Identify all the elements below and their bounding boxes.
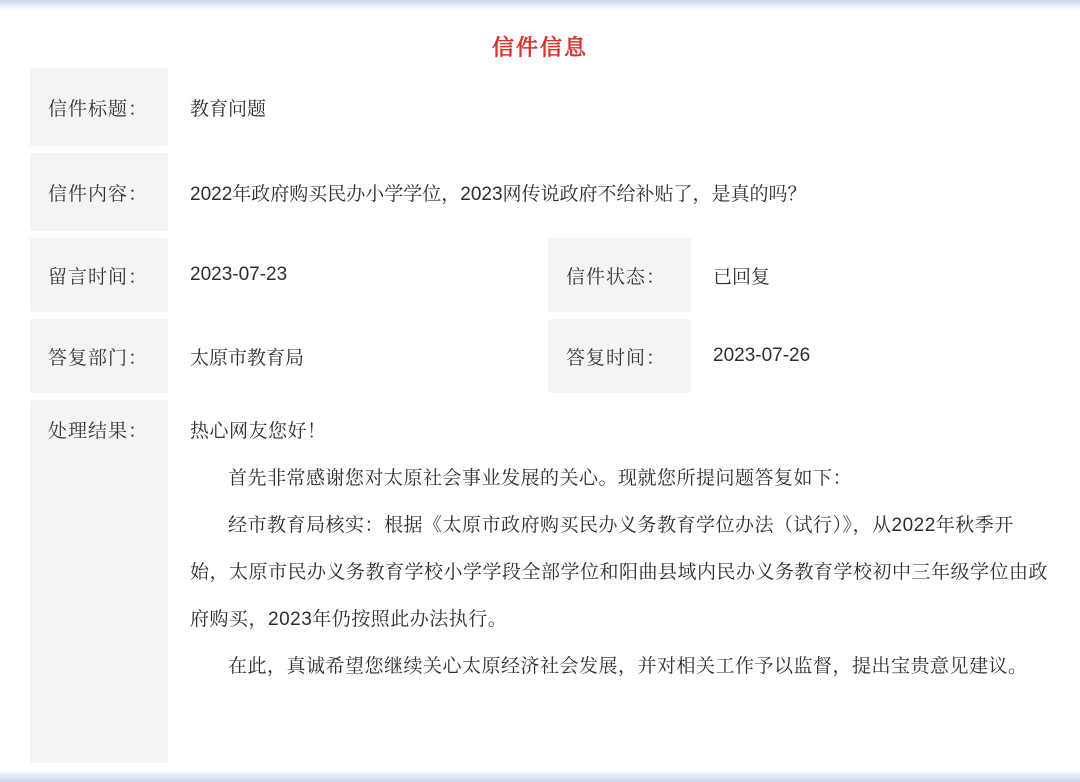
letter-title-value: 教育问题 <box>168 68 266 146</box>
reply-department-label: 答复部门： <box>30 319 168 393</box>
row-result: 处理结果： 热心网友您好！首先非常感谢您对太原社会事业发展的关心。现就您所提问题… <box>30 400 1050 763</box>
result-paragraph: 首先非常感谢您对太原社会事业发展的关心。现就您所提问题答复如下： <box>190 455 1050 502</box>
message-time-value: 2023-07-23 <box>168 238 548 312</box>
letter-status-value: 已回复 <box>691 238 770 312</box>
letter-title-label: 信件标题： <box>30 68 168 146</box>
letter-content-label: 信件内容： <box>30 153 168 231</box>
result-paragraphs: 热心网友您好！首先非常感谢您对太原社会事业发展的关心。现就您所提问题答复如下：经… <box>168 400 1050 763</box>
page-title: 信件信息 <box>30 0 1050 68</box>
result-label: 处理结果： <box>30 400 168 763</box>
result-paragraph: 经市教育局核实：根据《太原市政府购买民办义务教育学位办法（试行）》，从2022年… <box>190 502 1050 643</box>
message-time-label: 留言时间： <box>30 238 168 312</box>
letter-content-value: 2022年政府购买民办小学学位，2023网传说政府不给补贴了，是真的吗？ <box>168 153 807 231</box>
result-paragraph: 热心网友您好！ <box>190 408 1050 455</box>
row-letter-title: 信件标题： 教育问题 <box>30 68 1050 146</box>
row-message-time-status: 留言时间： 2023-07-23 信件状态： 已回复 <box>30 238 1050 312</box>
reply-time-label: 答复时间： <box>548 319 691 393</box>
letter-status-label: 信件状态： <box>548 238 691 312</box>
result-paragraph: 在此，真诚希望您继续关心太原经济社会发展，并对相关工作予以监督，提出宝贵意见建议… <box>190 643 1050 690</box>
reply-department-value: 太原市教育局 <box>168 319 548 393</box>
letter-info-page: 信件信息 信件标题： 教育问题 信件内容： 2022年政府购买民办小学学位，20… <box>0 0 1080 782</box>
reply-time-value: 2023-07-26 <box>691 319 810 393</box>
row-letter-content: 信件内容： 2022年政府购买民办小学学位，2023网传说政府不给补贴了，是真的… <box>30 153 1050 231</box>
row-reply-dept-time: 答复部门： 太原市教育局 答复时间： 2023-07-26 <box>30 319 1050 393</box>
